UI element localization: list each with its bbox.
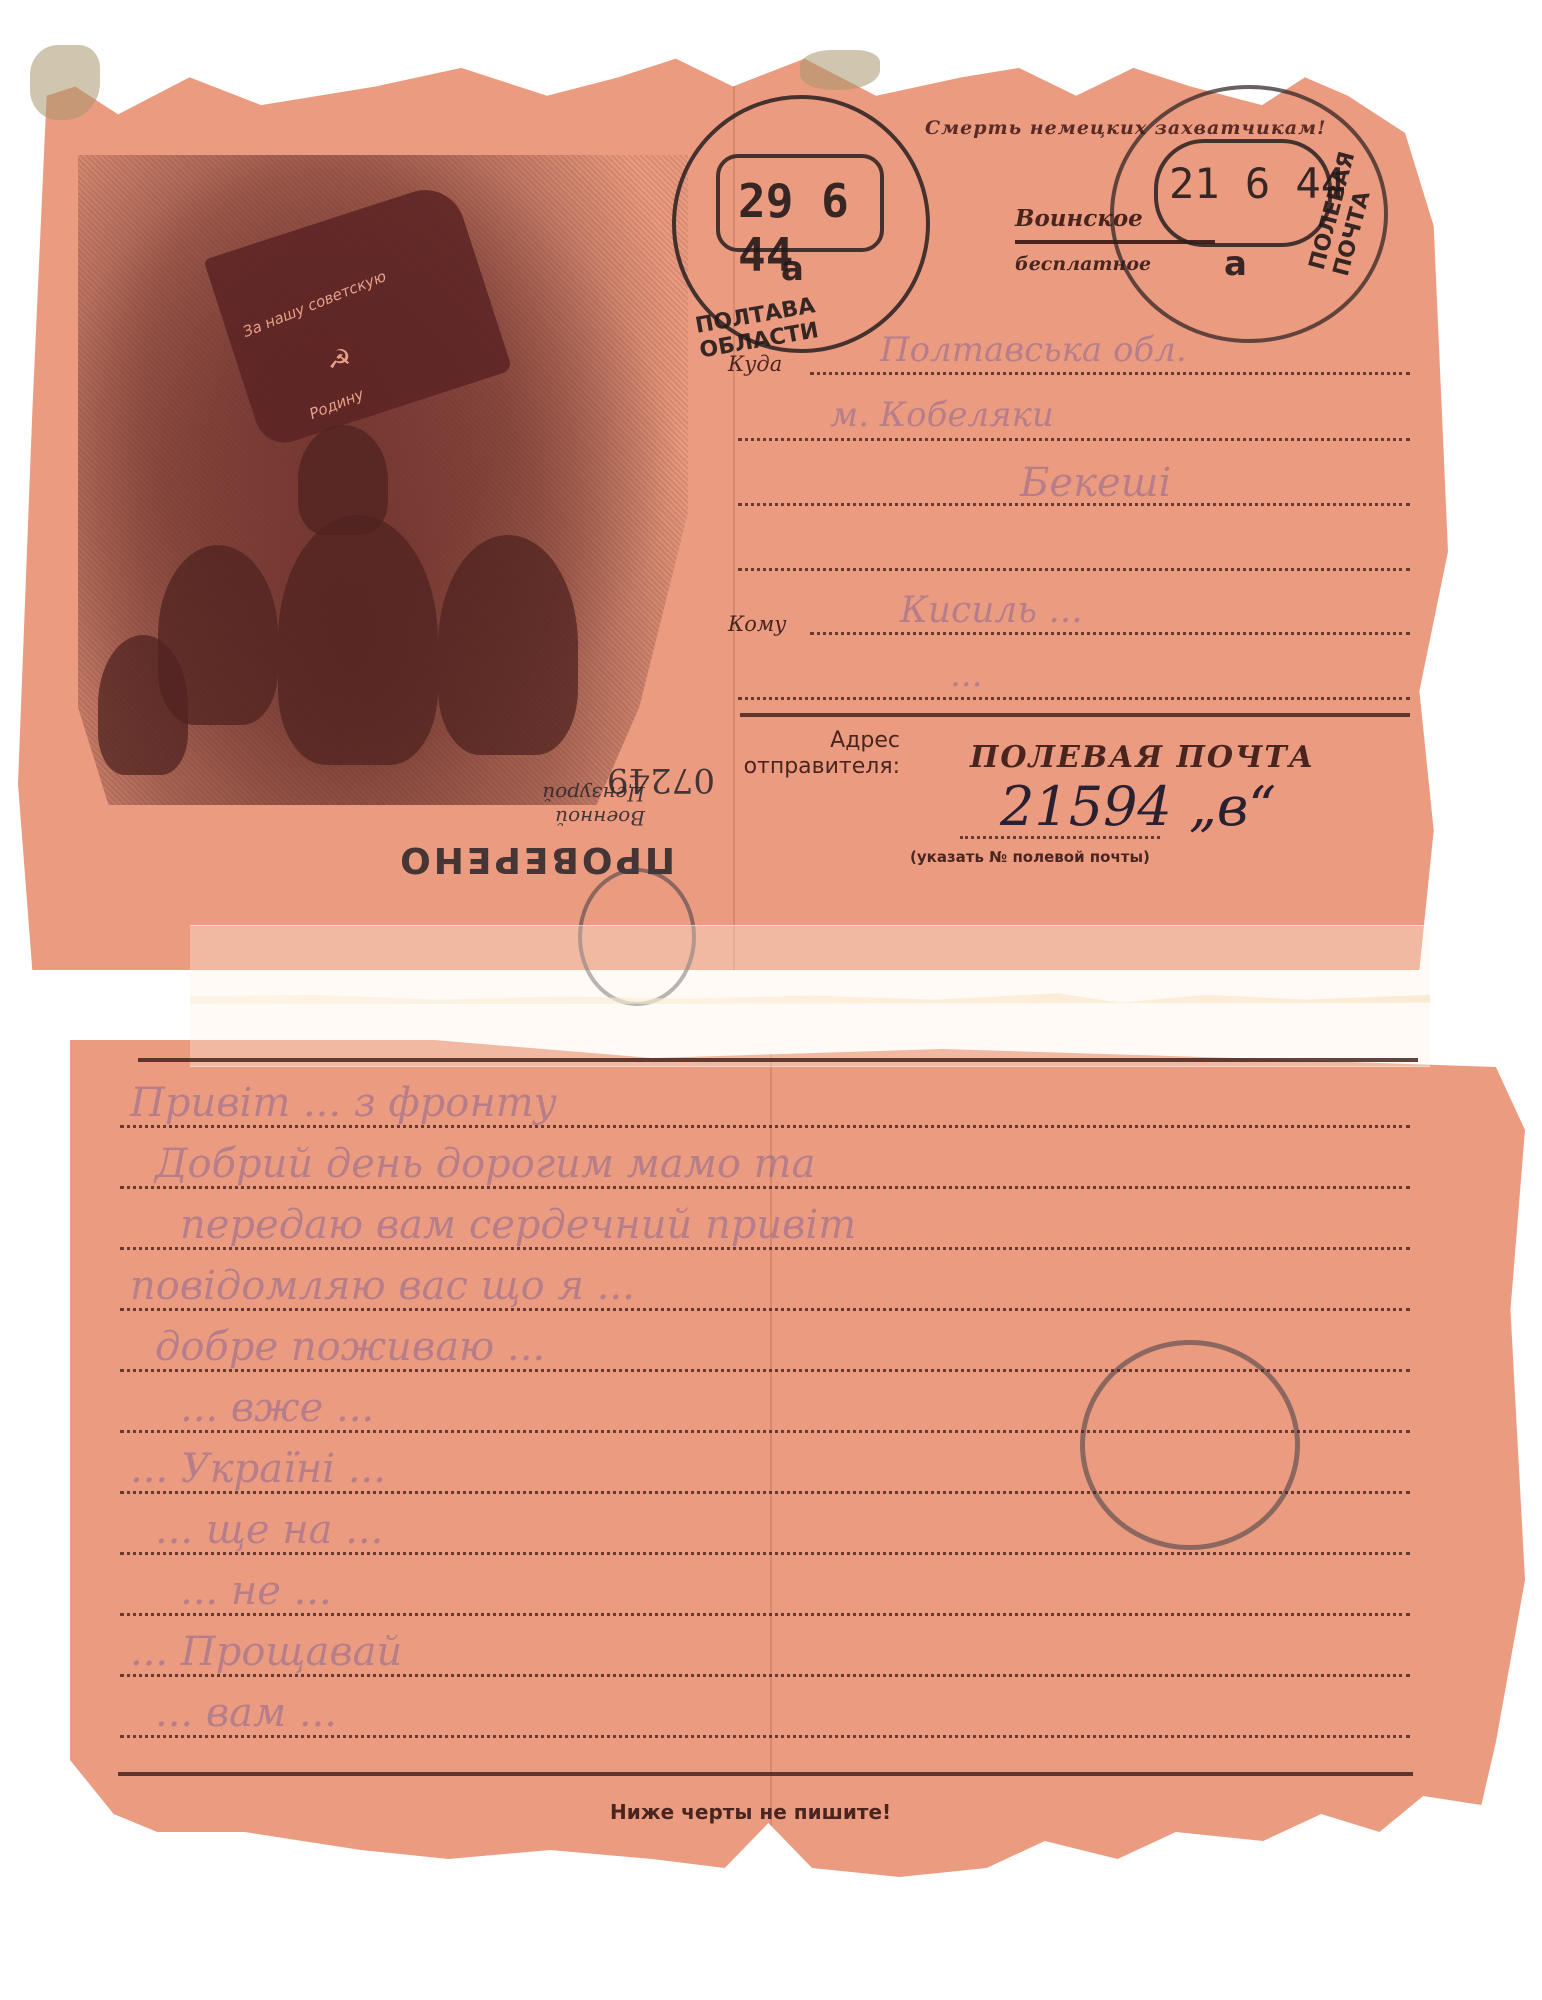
- address-divider: [740, 713, 1410, 717]
- paper-stain: [30, 45, 100, 120]
- footer-note: Ниже черты не пишите!: [610, 1800, 891, 1824]
- handwritten-address: Полтавська обл.: [880, 330, 1187, 370]
- address-line: [810, 632, 1410, 635]
- sender-label-line2: отправителя:: [740, 754, 900, 780]
- handwritten-letter-line: повідомляю вас що я ...: [130, 1263, 635, 1309]
- handwritten-address: Кисиль ...: [900, 590, 1083, 631]
- handwritten-letter-line: ... Україні ...: [130, 1446, 386, 1492]
- address-line: [810, 372, 1410, 375]
- postmark-field-post: 21 6 44 а ПОЛЕВАЯ ПОЧТА: [1110, 85, 1388, 343]
- postmark-series: а: [1224, 244, 1247, 284]
- address-line: [738, 438, 1410, 441]
- handwritten-letter-line: передаю вам сердечний привіт: [180, 1202, 856, 1248]
- postmark-poltava: 29 6 44 а ПОЛТАВА ОБЛАСТИ: [672, 95, 930, 353]
- address-line: [738, 697, 1410, 700]
- field-post-line: [960, 836, 1160, 839]
- postmark-date: 21 6 44: [1169, 159, 1346, 208]
- footer-divider: [118, 1772, 1413, 1776]
- censor-stamp-number: 07249: [607, 760, 715, 800]
- handwritten-letter-line: Привіт ... з фронту: [130, 1080, 557, 1126]
- handwritten-address: м. Кобеляки: [830, 395, 1054, 435]
- handwritten-address: Бекеші: [1020, 460, 1171, 506]
- field-post-label: ПОЛЕВАЯ ПОЧТА: [970, 740, 1315, 775]
- handwritten-letter-line: Добрий день дорогим мамо та: [155, 1141, 815, 1187]
- field-post-number: 21594 „в“: [1000, 775, 1276, 838]
- handwritten-address: ...: [950, 655, 982, 695]
- section-divider: [138, 1058, 1418, 1062]
- postmark-date: 29 6 44: [738, 174, 926, 282]
- sender-label-line1: Адрес: [740, 728, 900, 754]
- handwritten-letter-line: ... вже ...: [180, 1385, 374, 1431]
- handwritten-letter-line: ... не ...: [180, 1568, 332, 1614]
- to-where-label: Куда: [728, 352, 782, 376]
- to-whom-label: Кому: [728, 612, 787, 636]
- handwritten-letter-line: ... вам ...: [155, 1690, 337, 1736]
- address-line: [738, 568, 1410, 571]
- propaganda-illustration: За нашу советскую ☭ Родину: [78, 155, 688, 805]
- field-post-letter: За нашу советскую ☭ Родину Смерть немецк…: [0, 0, 1542, 2000]
- sender-label: Адрес отправителя:: [740, 728, 900, 780]
- red-banner: [203, 180, 512, 451]
- postmark-series: а: [781, 249, 804, 289]
- soldier-figure: [98, 635, 188, 775]
- handwritten-letter-line: ... Прощавай: [130, 1629, 402, 1675]
- handwritten-letter-line: ... ще на ...: [155, 1507, 383, 1553]
- hammer-sickle-icon: ☭: [328, 345, 351, 375]
- paper-stain: [800, 50, 880, 90]
- field-post-hint: (указать № полевой почты): [910, 848, 1150, 866]
- soldier-figure: [278, 515, 438, 765]
- handwritten-letter-line: добре поживаю ...: [155, 1324, 545, 1370]
